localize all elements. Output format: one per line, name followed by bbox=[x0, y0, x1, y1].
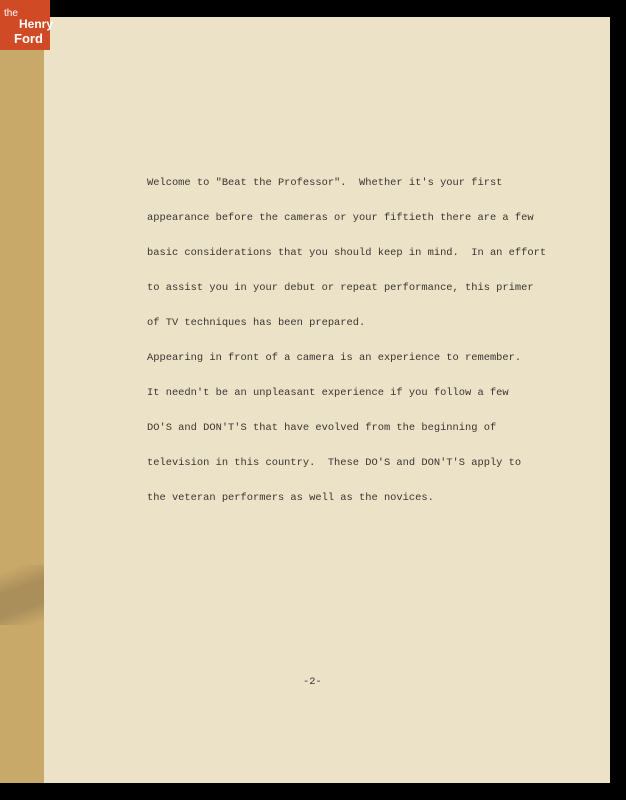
page-number: -2- bbox=[303, 676, 322, 688]
text-line: television in this country. These DO'S a… bbox=[147, 455, 546, 490]
text-line: basic considerations that you should kee… bbox=[147, 245, 546, 280]
document-page: Welcome to "Beat the Professor". Whether… bbox=[44, 17, 610, 783]
tape-residue bbox=[0, 565, 44, 625]
text-line: of TV techniques has been prepared. bbox=[147, 315, 546, 350]
text-line: It needn't be an unpleasant experience i… bbox=[147, 385, 546, 420]
henry-ford-logo: the Henry Ford bbox=[0, 0, 50, 50]
body-text: Welcome to "Beat the Professor". Whether… bbox=[147, 175, 546, 525]
text-line: Welcome to "Beat the Professor". Whether… bbox=[147, 175, 546, 210]
text-line: Appearing in front of a camera is an exp… bbox=[147, 350, 546, 385]
logo-henry: Henry bbox=[19, 17, 53, 31]
text-line: appearance before the cameras or your fi… bbox=[147, 210, 546, 245]
logo-ford: Ford bbox=[14, 31, 43, 46]
text-line: to assist you in your debut or repeat pe… bbox=[147, 280, 546, 315]
text-line: the veteran performers as well as the no… bbox=[147, 490, 546, 525]
binding-strip bbox=[0, 0, 45, 783]
text-line: DO'S and DON'T'S that have evolved from … bbox=[147, 420, 546, 455]
logo-the: the bbox=[4, 8, 18, 19]
